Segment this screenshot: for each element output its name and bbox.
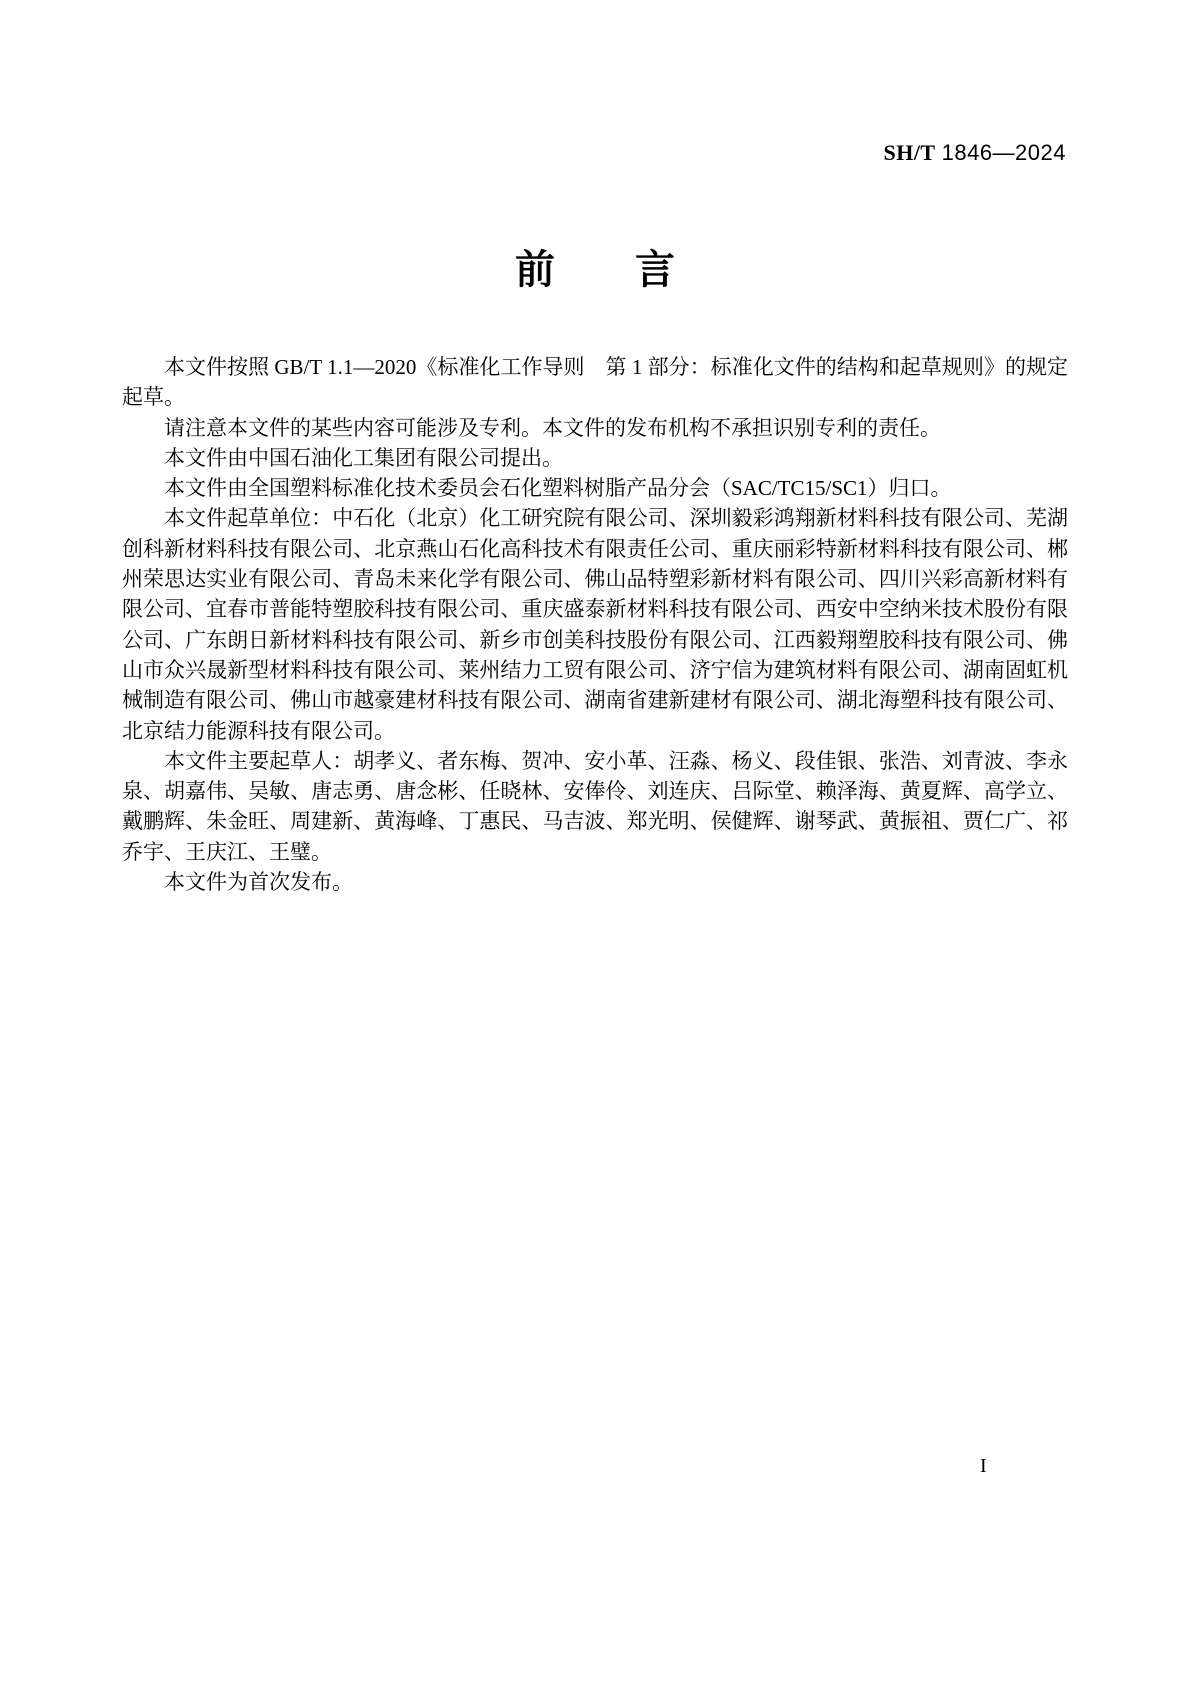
- paragraph-proposed-by: 本文件由中国石油化工集团有限公司提出。: [122, 443, 1068, 473]
- paragraph-drafting-organizations: 本文件起草单位：中石化（北京）化工研究院有限公司、深圳毅彩鸿翔新材料科技有限公司…: [122, 503, 1068, 745]
- document-number-header: SH/T 1846—2024: [883, 140, 1066, 166]
- standard-code: SH/T: [883, 140, 935, 165]
- standard-number: 1846—2024: [942, 140, 1066, 165]
- paragraph-drafting-rules: 本文件按照 GB/T 1.1—2020《标准化工作导则 第 1 部分：标准化文件…: [122, 352, 1068, 413]
- foreword-title: 前 言: [0, 246, 1190, 294]
- page-number: I: [980, 1455, 987, 1478]
- paragraph-patent-notice: 请注意本文件的某些内容可能涉及专利。本文件的发布机构不承担识别专利的责任。: [122, 413, 1068, 443]
- foreword-body: 本文件按照 GB/T 1.1—2020《标准化工作导则 第 1 部分：标准化文件…: [122, 352, 1068, 897]
- document-page: SH/T 1846—2024 前 言 本文件按照 GB/T 1.1—2020《标…: [0, 0, 1190, 1684]
- paragraph-centralized-by: 本文件由全国塑料标准化技术委员会石化塑料树脂产品分会（SAC/TC15/SC1）…: [122, 473, 1068, 503]
- paragraph-main-drafters: 本文件主要起草人：胡孝义、者东梅、贺冲、安小革、汪淼、杨义、段佳银、张浩、刘青波…: [122, 746, 1068, 867]
- paragraph-first-publication: 本文件为首次发布。: [122, 867, 1068, 897]
